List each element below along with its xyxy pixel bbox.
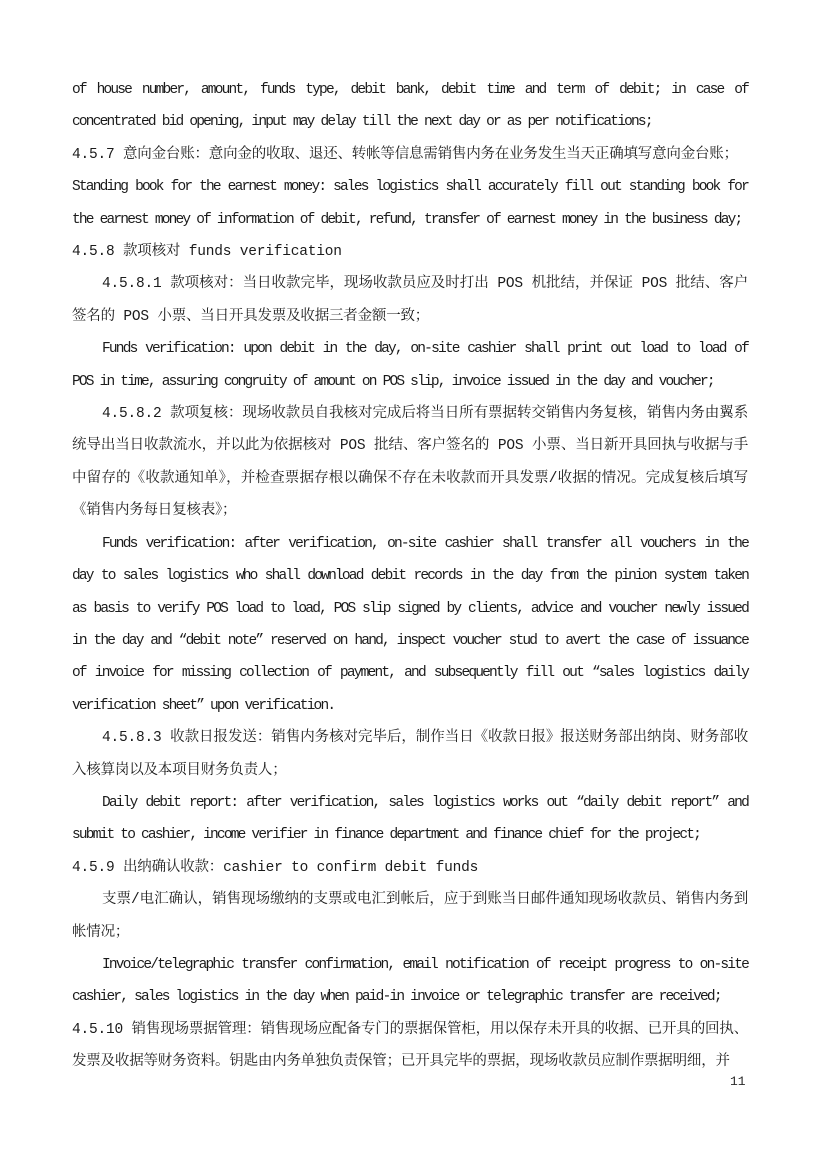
- paragraph: Standing book for the earnest money: sal…: [72, 171, 748, 236]
- paragraph: Invoice/telegraphic transfer confirmatio…: [72, 949, 748, 1014]
- paragraph: 4.5.10 销售现场票据管理：销售现场应配备专门的票据保管柜，用以保存未开具的…: [72, 1014, 748, 1079]
- paragraph: Funds verification: upon debit in the da…: [72, 333, 748, 398]
- document-body: of house number, amount, funds type, deb…: [72, 74, 748, 1079]
- paragraph: Daily debit report: after verification, …: [72, 787, 748, 852]
- paragraph: 支票/电汇确认，销售现场缴纳的支票或电汇到帐后，应于到账当日邮件通知现场收款员、…: [72, 884, 748, 949]
- paragraph: Funds verification: after verification, …: [72, 528, 748, 722]
- paragraph: 4.5.7 意向金台账：意向金的收取、退还、转帐等信息需销售内务在业务发生当天正…: [72, 139, 748, 171]
- paragraph: 4.5.8.3 收款日报发送：销售内务核对完毕后，制作当日《收款日报》报送财务部…: [72, 722, 748, 787]
- page-number: 11: [730, 1072, 746, 1092]
- paragraph: of house number, amount, funds type, deb…: [72, 74, 748, 139]
- paragraph: 4.5.8 款项核对 funds verification: [72, 236, 748, 268]
- paragraph: 4.5.8.1 款项核对：当日收款完毕，现场收款员应及时打出 POS 机批结，并…: [72, 268, 748, 333]
- paragraph: 4.5.8.2 款项复核：现场收款员自我核对完成后将当日所有票据转交销售内务复核…: [72, 398, 748, 528]
- document-page: of house number, amount, funds type, deb…: [0, 0, 820, 1159]
- paragraph: 4.5.9 出纳确认收款：cashier to confirm debit fu…: [72, 852, 748, 884]
